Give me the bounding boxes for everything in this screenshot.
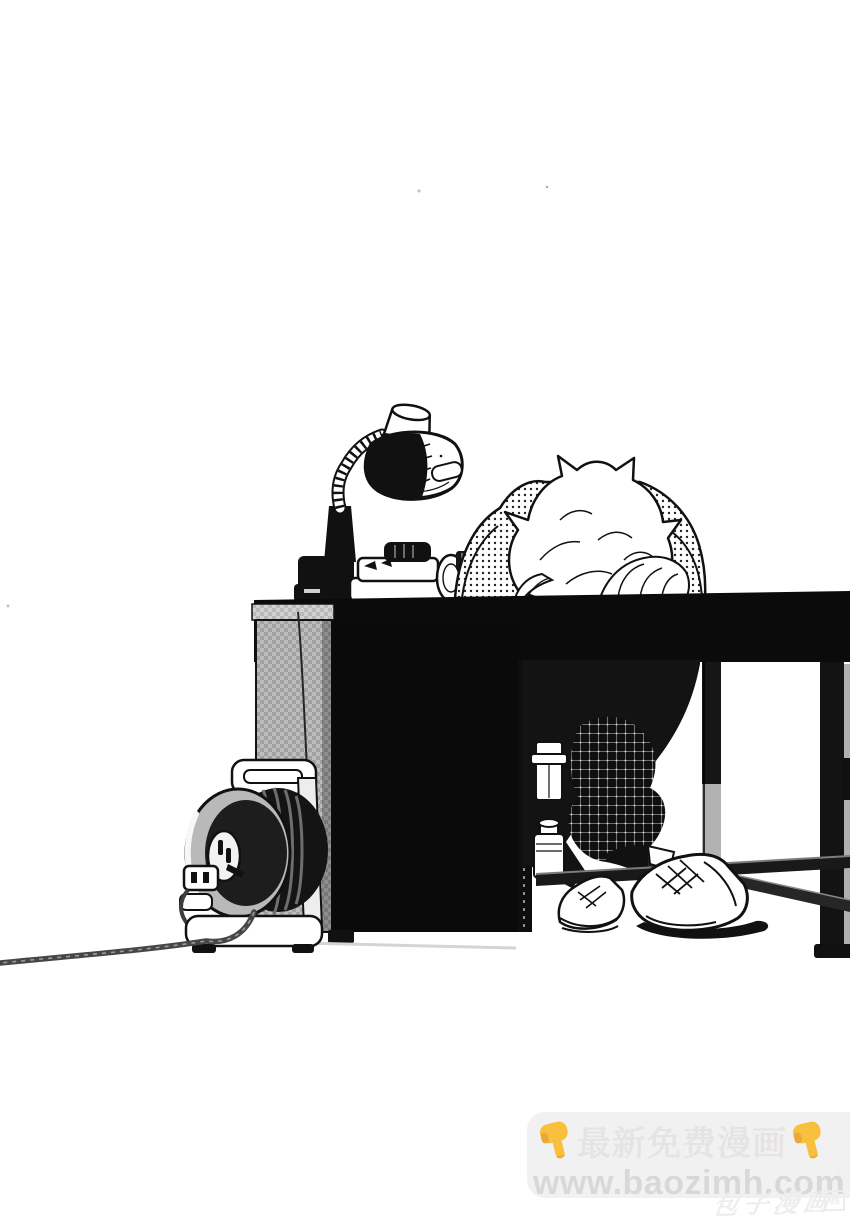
baozi-logo-seal: 画 [824, 1190, 845, 1211]
sleeping-figure [455, 456, 705, 602]
desk-leg-right [814, 662, 850, 958]
under-desk [518, 660, 850, 958]
watermark-title: 最新免费漫画 [577, 1116, 787, 1165]
paper-specks [7, 186, 549, 608]
pointing-down-emoji [792, 1119, 825, 1161]
baozi-logo-vertical: 漫画 [836, 1156, 849, 1176]
watermark-line1: 最新免费漫画 [527, 1112, 850, 1162]
manga-reader-page: { "page": { "width": 850, "height": 1220… [0, 0, 850, 1220]
thermos [531, 742, 567, 800]
pointing-down-emoji [539, 1119, 572, 1161]
cable-reel [180, 760, 328, 953]
manga-page-image[interactable] [0, 0, 850, 1220]
